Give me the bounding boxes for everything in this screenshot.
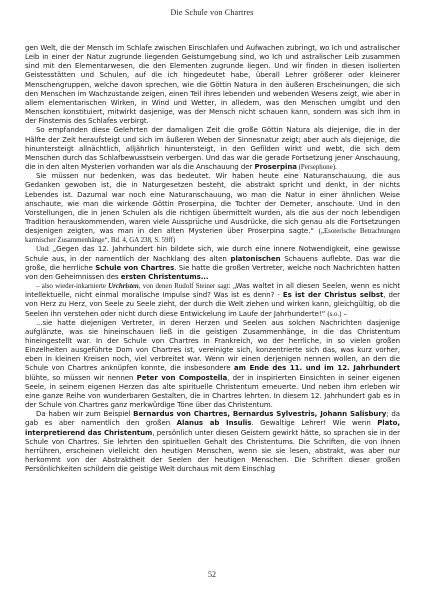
text-run: Urchristen (108, 282, 139, 290)
paragraph: gen Welt, die der Mensch im Schlafe zwis… (25, 44, 400, 126)
text-run: platonischen (231, 255, 281, 263)
text-run: – (341, 310, 347, 318)
text-run: (Persephone). (297, 163, 337, 171)
text-run: . Gewaltige Lehrer! Wie wenn (251, 419, 377, 427)
paragraph: Da haben wir zum Beispiel Bernardus von … (25, 410, 400, 474)
book-page: Die Schule von Chartres gen Welt, die de… (0, 0, 424, 600)
text-run: ersten Christentums... (121, 273, 209, 281)
paragraph: – also wieder-inkarnierte Urchristen, vo… (25, 282, 400, 319)
paragraph: ...sie hatte diejenigen Vertreter, in de… (25, 319, 400, 411)
text-run: Schule von Chartres (95, 264, 174, 272)
running-header: Die Schule von Chartres (0, 0, 424, 17)
text-run: Bernardus von Chartres, Bernardus Sylves… (133, 410, 386, 418)
text-run: Da haben wir zum Beispiel (36, 410, 133, 418)
paragraph: Sie müssen nur bedenken, was das bedeute… (25, 172, 400, 245)
text-run: Es ist der Christus selbst (283, 291, 383, 299)
text-run: – also wieder-inkarnierte (36, 282, 108, 290)
text-run: (s.o.) (327, 310, 341, 318)
text-run: blühte, so müssen wir nennen (25, 374, 137, 382)
text-run: So empfanden diese Gelehrten der damalig… (25, 126, 400, 171)
text-run: Und: (36, 245, 53, 253)
page-body: gen Welt, die der Mensch im Schlafe zwis… (25, 44, 400, 474)
text-run: Peter von Compostella (137, 374, 228, 382)
text-run: , von denen Rudolf Steiner sagt: (139, 282, 233, 290)
paragraph: So empfanden diese Gelehrten der damalig… (25, 126, 400, 172)
page-number: 52 (0, 570, 424, 579)
text-run: gen Welt, die der Mensch im Schlafe zwis… (25, 44, 400, 125)
paragraph: Und: „Gegen das 12. Jahrhundert hin bild… (25, 245, 400, 282)
text-run: Alanus ab Insulis (177, 419, 252, 427)
text-run: Sie müssen nur bedenken, was das bedeute… (25, 172, 400, 235)
text-run: Proserpina (255, 163, 297, 171)
text-run: am Ende des 11. und im 12. Jahrhundert (234, 364, 400, 372)
